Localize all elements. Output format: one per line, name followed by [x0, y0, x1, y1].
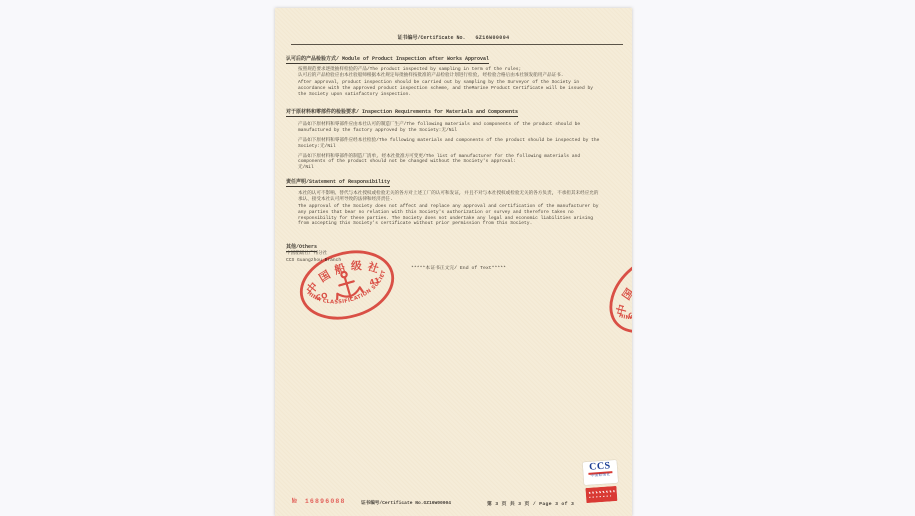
section-title: 对于原材料和零部件的检验要求/ Inspection Requirements … [286, 108, 518, 117]
serial-number: №16896088 [292, 497, 346, 506]
section-statement-of-responsibility: 责任声明/Statement of Responsibility 本社的认可不影… [286, 170, 623, 227]
section-module-of-inspection: 认可后的产品检验方式/ Module of Product Inspection… [286, 47, 623, 97]
module-line-en: After approval, product inspection shoul… [298, 80, 600, 98]
ccs-logo-card: CCS 中国船级社 [583, 460, 619, 485]
ccs-logo-cn: 中国船级社 [584, 472, 618, 479]
section-inspection-requirements: 对于原材料和零部件的检验要求/ Inspection Requirements … [286, 100, 623, 171]
module-line-cn2: 认可后的产品检验应由本社验船师根据本社规定每批抽样按批准的产品检验计划进行检验,… [298, 73, 600, 79]
responsibility-text-en: The approval of the Society does not aff… [298, 204, 600, 228]
header-divider [291, 44, 623, 45]
certificate-number-value: GZ16W00004 [476, 35, 510, 41]
certificate-number-header: 证书编号/Certificate No.GZ16W00004 [275, 34, 632, 41]
end-of-text: *****本证书正文完/ End of Text***** [411, 264, 506, 271]
ccs-slogan-box [585, 485, 617, 502]
section-title: 认可后的产品检验方式/ Module of Product Inspection… [286, 55, 489, 64]
certificate-page: 证书编号/Certificate No.GZ16W00004 认可后的产品检验方… [275, 8, 632, 516]
responsibility-text-cn: 本社的认可不影响、替代与本社授权或检验无关的各方对上述工厂的认可和发证, 并且不… [298, 191, 600, 203]
ccs-logo: CCS 中国船级社 [583, 460, 620, 503]
footer-page-indicator: 第 3 页 共 3 页 / Page 3 of 3 [487, 500, 574, 507]
numero-sign: № [292, 497, 297, 506]
section-title: 责任声明/Statement of Responsibility [286, 178, 390, 187]
inspection-para3: 产品如下原材料和零部件的制造厂清单, 经本社批准方可变更/The list of… [298, 154, 600, 172]
footer-certificate-number: 证书编号/Certificate No.GZ16W00004 [361, 500, 451, 506]
inspection-para2: 产品如下原材料和零部件应经本社检验/The following material… [298, 138, 600, 150]
inspection-para1: 产品如下原材料和零部件应由本社认可的制造厂生产/The following ma… [298, 122, 600, 134]
certificate-number-label: 证书编号/Certificate No. [397, 35, 465, 41]
serial-number-value: 16896088 [305, 498, 346, 505]
